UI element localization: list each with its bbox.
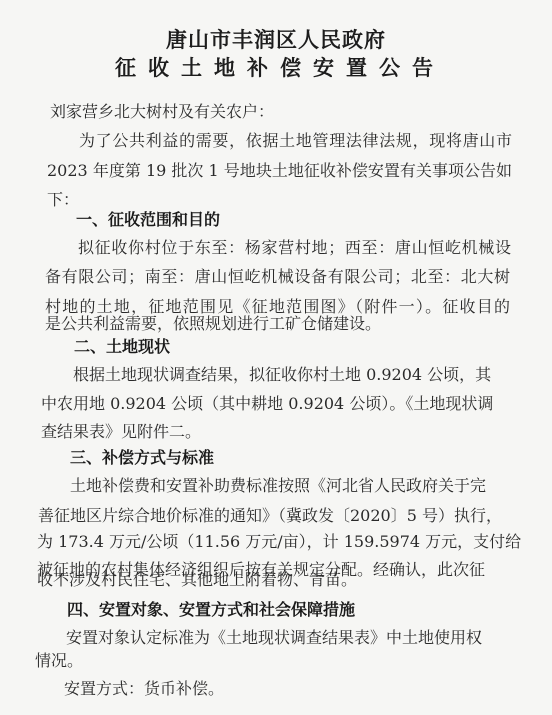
section-2-heading: 二、土地现状 bbox=[74, 337, 170, 357]
section-2-line-1: 根据土地现状调查结果，拟征收你村土地 0.9204 公顷，其 bbox=[73, 365, 475, 385]
announcement-page: 唐山市丰润区人民政府 征收土地补偿安置公告 刘家营乡北大树村及有关农户： 为了公… bbox=[0, 0, 552, 715]
section-3-line-5: 收不涉及村民住宅、其他地上附着物、青苗。 bbox=[37, 570, 357, 590]
section-4-heading: 四、安置对象、安置方式和社会保障措施 bbox=[67, 600, 355, 620]
section-3-heading: 三、补偿方式与标准 bbox=[70, 448, 214, 468]
section-1-heading: 一、征收范围和目的 bbox=[76, 210, 220, 230]
section-2-line-3: 查结果表》见附件二。 bbox=[41, 422, 201, 442]
issuer-title: 唐山市丰润区人民政府 bbox=[0, 24, 552, 54]
section-2-line-2: 中农用地 0.9204 公顷（其中耕地 0.9204 公顷）。《土地现状调 bbox=[41, 394, 475, 414]
section-3-line-3: 为 173.4 万元/公顷（11.56 万元/亩），计 159.5974 万元，… bbox=[37, 532, 473, 552]
section-4-line-1: 安置对象认定标准为《土地现状调查结果表》中土地使用权 bbox=[66, 628, 470, 648]
announcement-title: 征收土地补偿安置公告 bbox=[0, 52, 552, 82]
section-1-line-1: 拟征收你村位于东至：杨家营村地；西至：唐山恒屹机械设 bbox=[78, 238, 511, 258]
section-1-line-4: 是公共利益需要，依照规划进行工矿仓储建设。 bbox=[45, 314, 381, 334]
addressee: 刘家营乡北大树村及有关农户： bbox=[50, 102, 274, 122]
section-1-line-2: 备有限公司；南至：唐山恒屹机械设备有限公司；北至：北大树 bbox=[45, 267, 510, 287]
section-3-line-2: 善征地区片综合地价标准的通知》（冀政发〔2020〕5 号）执行， bbox=[38, 506, 472, 526]
section-4-line-3: 安置方式：货币补偿。 bbox=[64, 679, 224, 699]
section-3-line-1: 土地补偿费和安置补助费标准按照《河北省人民政府关于完 bbox=[70, 476, 472, 496]
intro-line-2: 2023 年度第 19 批次 1 号地块土地征收补偿安置有关事项公告如 bbox=[47, 161, 512, 181]
intro-line-3: 下： bbox=[47, 190, 79, 210]
intro-line-1: 为了公共利益的需要，依据土地管理法律法规，现将唐山市 bbox=[79, 131, 512, 151]
section-4-line-2: 情况。 bbox=[35, 651, 83, 671]
